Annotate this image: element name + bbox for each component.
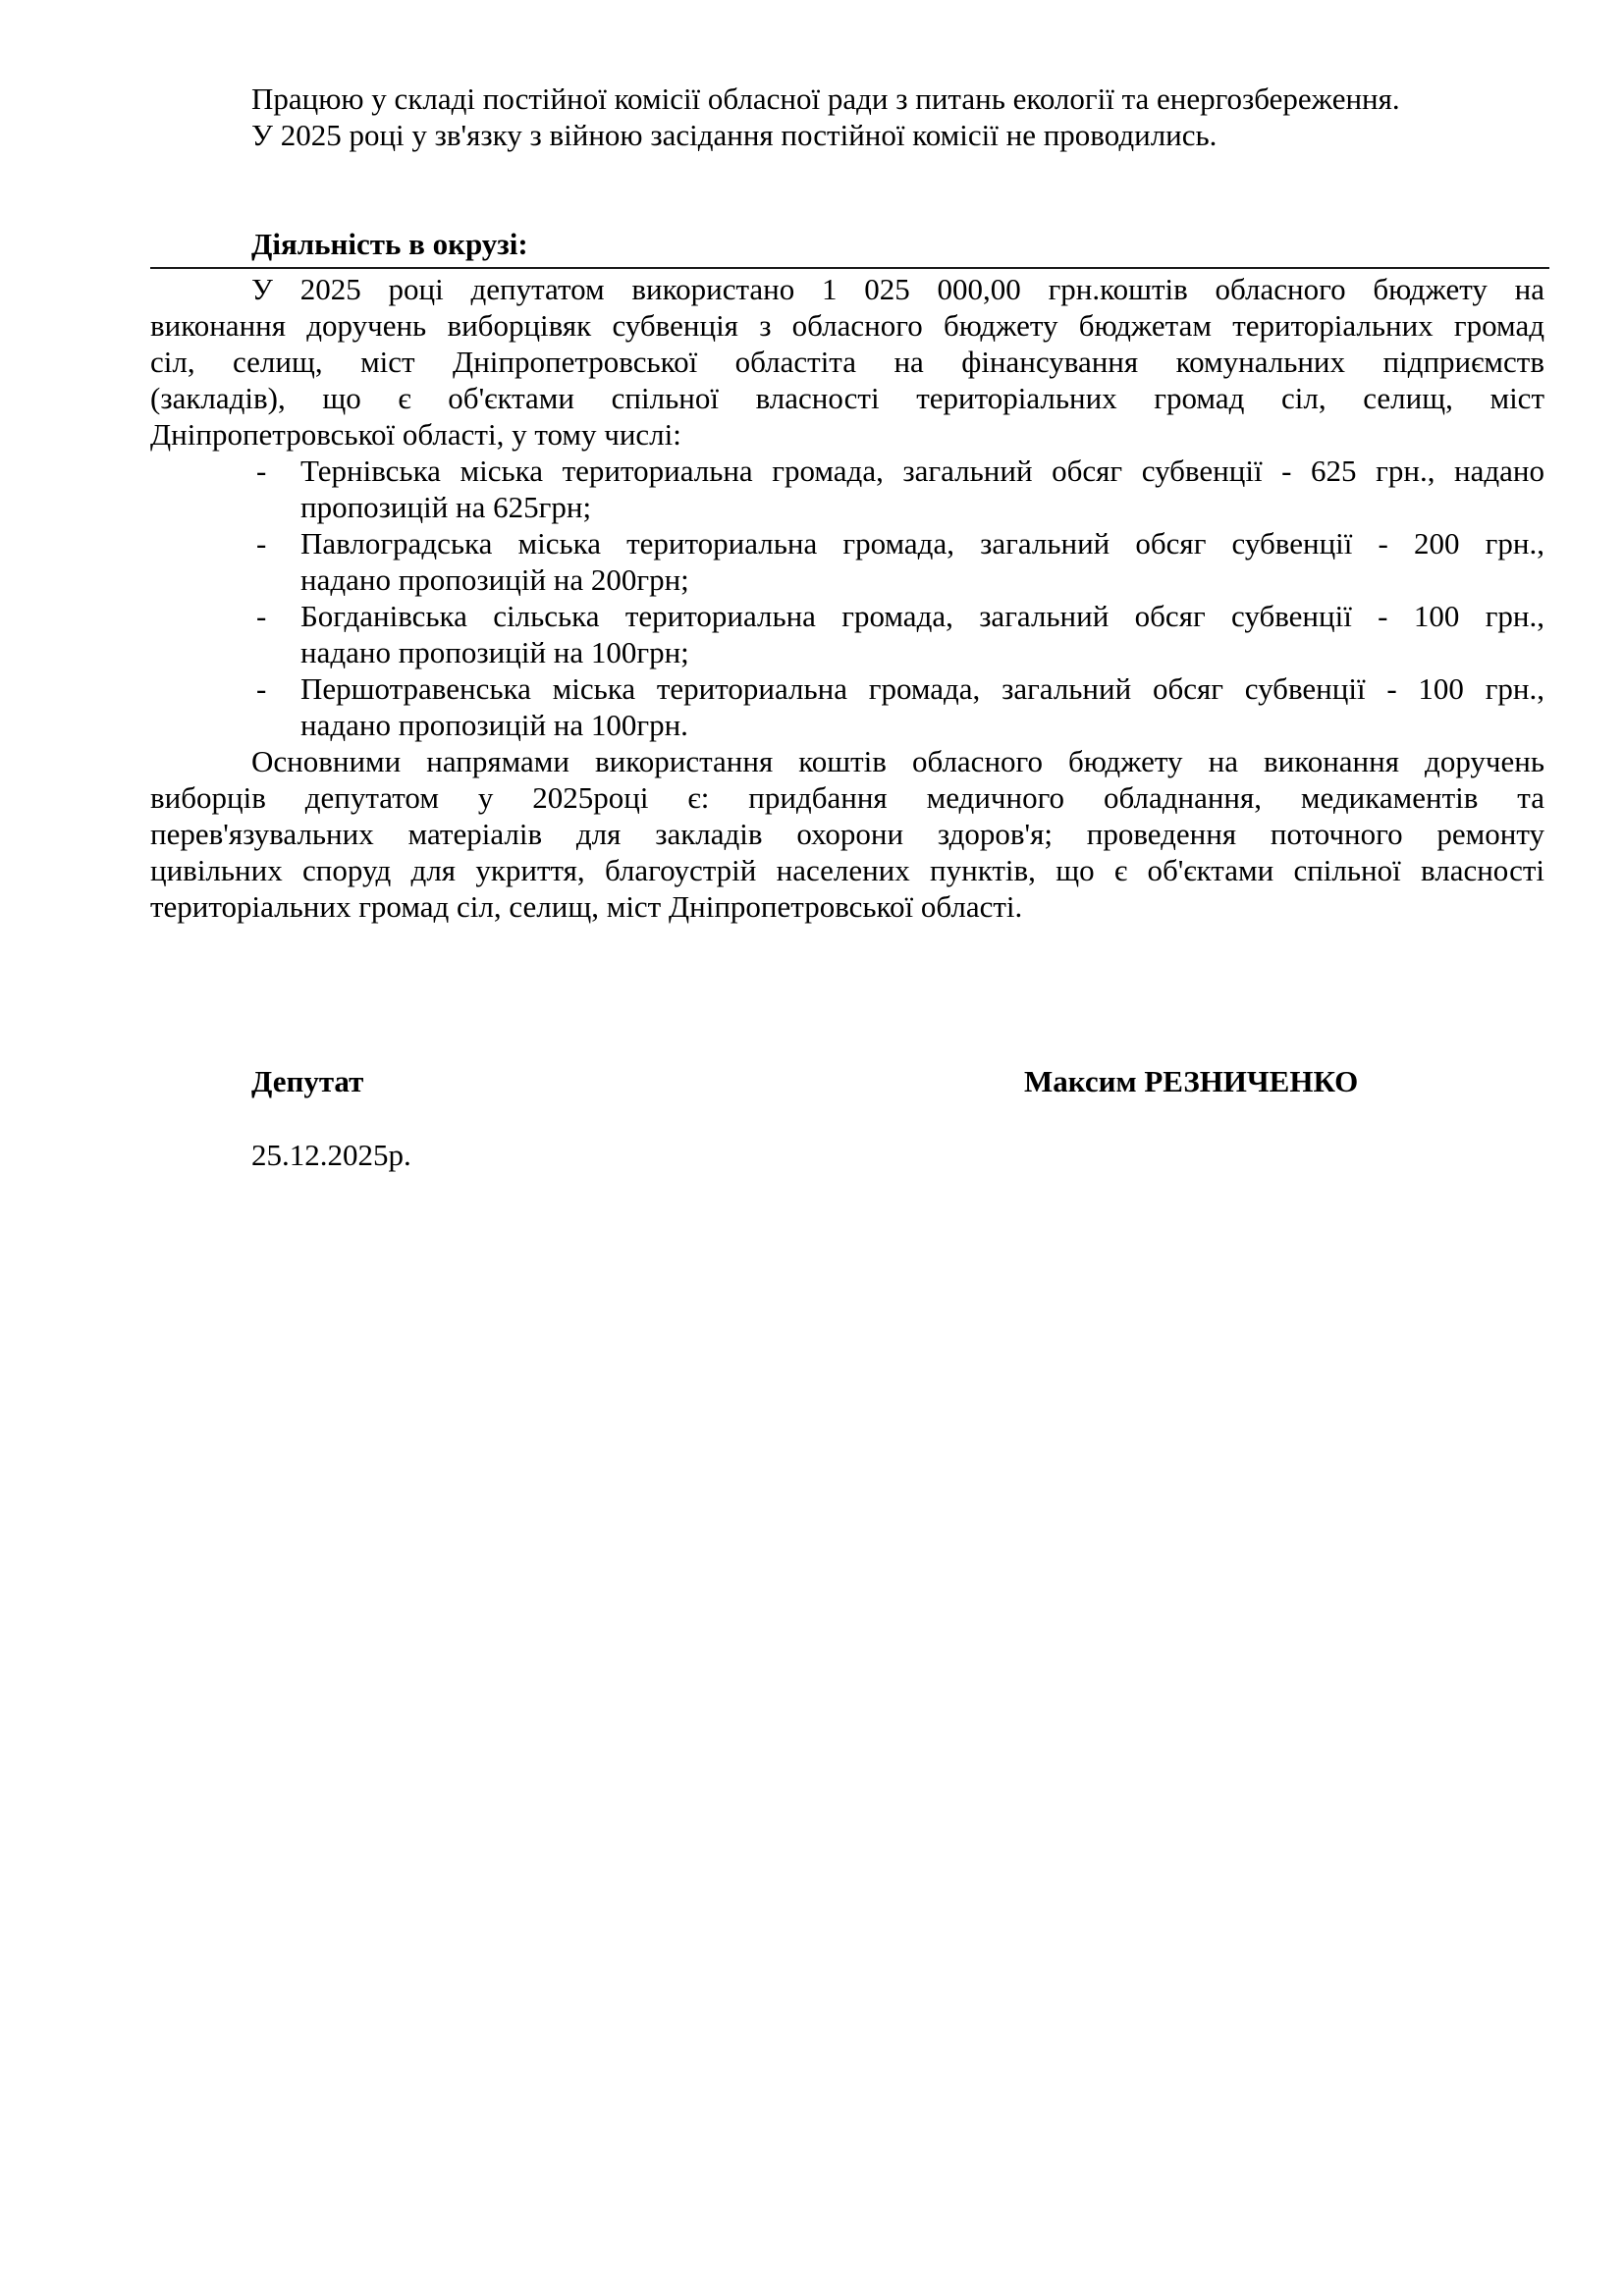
- subvention-list: - Тернівська міська териториальна громад…: [256, 453, 1544, 743]
- intro-line-5: Дніпропетровської області, у тому числі:: [150, 416, 1544, 453]
- committee-line-2: У 2025 році у зв'язку з війною засідання…: [251, 117, 1557, 153]
- directions-line-2: виборців депутатом у 2025році є: придбан…: [150, 779, 1544, 816]
- intro-line-4: (закладів), що є об'єктами спільної влас…: [150, 380, 1544, 416]
- list-item-line-2: надано пропозицій на 100грн.: [300, 707, 1544, 743]
- signature-date: 25.12.2025р.: [251, 1137, 411, 1173]
- intro-line-2: виконання доручень виборцівяк субвенція …: [150, 307, 1544, 344]
- list-item-line-2: пропозицій на 625грн;: [300, 489, 1544, 525]
- spending-directions-paragraph: Основними напрямами використання коштів …: [150, 743, 1544, 925]
- signature-position: Депутат: [251, 1063, 363, 1099]
- signature-name: Максим РЕЗНИЧЕНКО: [1024, 1063, 1358, 1099]
- heading-divider: [150, 267, 1549, 269]
- list-item-line-1: Першотравенська міська териториальна гро…: [300, 670, 1544, 707]
- list-bullet: -: [256, 453, 276, 489]
- list-bullet: -: [256, 598, 276, 634]
- district-intro-paragraph: У 2025 році депутатом використано 1 025 …: [150, 271, 1544, 453]
- list-item-line-2: надано пропозицій на 200грн;: [300, 561, 1544, 598]
- committee-statement: Працюю у складі постійної комісії обласн…: [251, 80, 1557, 153]
- section-heading-district: Діяльність в окрузі:: [251, 226, 528, 262]
- intro-line-3: сіл, селищ, міст Дніпропетровської облас…: [150, 344, 1544, 380]
- directions-line-3: перев'язувальних матеріалів для закладів…: [150, 816, 1544, 852]
- list-bullet: -: [256, 670, 276, 707]
- list-bullet: -: [256, 525, 276, 561]
- list-item-line-1: Павлоградська міська териториальна грома…: [300, 525, 1544, 561]
- list-item-line-1: Богданівська сільська териториальна гром…: [300, 598, 1544, 634]
- document-page: Працюю у складі постійної комісії обласн…: [0, 0, 1624, 2296]
- intro-line-1: У 2025 році депутатом використано 1 025 …: [251, 271, 1544, 307]
- list-item-line-2: надано пропозицій на 100грн;: [300, 634, 1544, 670]
- committee-line-1: Працюю у складі постійної комісії обласн…: [251, 80, 1557, 117]
- directions-line-1: Основними напрямами використання коштів …: [251, 743, 1544, 779]
- directions-line-5: територіальних громад сіл, селищ, міст Д…: [150, 888, 1544, 925]
- list-item-line-1: Тернівська міська териториальна громада,…: [300, 453, 1544, 489]
- directions-line-4: цивільних споруд для укриття, благоустрі…: [150, 852, 1544, 888]
